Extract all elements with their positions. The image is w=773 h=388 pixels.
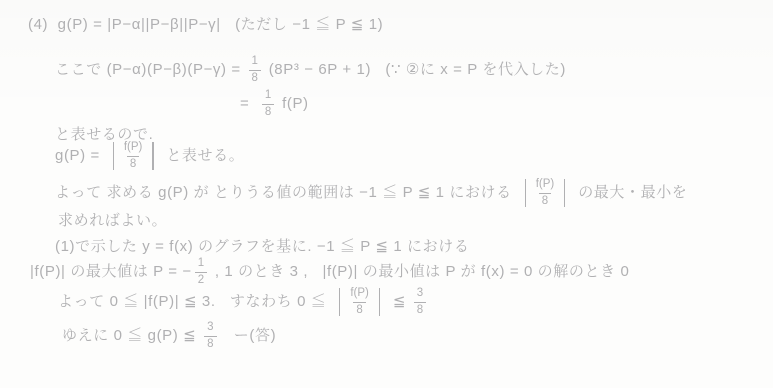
absolute-value-expression: f(P)8 bbox=[335, 288, 384, 316]
fraction-denominator: 8 bbox=[414, 302, 426, 317]
fraction-denominator: 8 bbox=[249, 70, 261, 85]
fraction-numerator: 1 bbox=[262, 90, 274, 104]
fraction-denominator: 8 bbox=[204, 336, 216, 351]
fraction: f(P)8 bbox=[121, 142, 146, 170]
line-11-answer: ゆえに 0 ≦ g(P) ≦ 38 ー(答) bbox=[62, 322, 276, 350]
line-6-range: よって 求める g(P) が とりうる値の範囲は −1 ≦ P ≦ 1 における… bbox=[55, 179, 687, 207]
handwritten-text: の最大・最小を bbox=[573, 184, 687, 202]
line-10-inequality: よって 0 ≦ |f(P)| ≦ 3. すなわち 0 ≦ f(P)8 ≦ 38 bbox=[58, 288, 429, 316]
fraction-denominator: 8 bbox=[127, 156, 139, 171]
handwritten-text: (1)で示した y = f(x) のグラフを基に. −1 ≦ P ≦ 1 におけ… bbox=[55, 238, 469, 256]
handwritten-text: |f(P)| の最大値は P = − bbox=[30, 263, 192, 281]
fraction-denominator: 8 bbox=[262, 104, 274, 119]
fraction: 18 bbox=[249, 56, 261, 84]
line-3-equals-f: = 18 f(P) bbox=[240, 90, 309, 118]
absolute-value-expression: f(P)8 bbox=[109, 142, 158, 170]
handwritten-text: よって 求める g(P) が とりうる値の範囲は −1 ≦ P ≦ 1 における bbox=[55, 184, 517, 202]
handwritten-text: g(P) = bbox=[55, 147, 105, 165]
fraction: f(P)8 bbox=[347, 288, 372, 316]
handwritten-text: (8P³ − 6P + 1) (∵ ②に x = P を代入した) bbox=[264, 61, 566, 79]
handwritten-text: f(P) bbox=[277, 95, 308, 113]
line-5-gp-abs: g(P) = f(P)8 と表せる。 bbox=[55, 142, 244, 170]
fraction-numerator: f(P) bbox=[533, 179, 558, 193]
handwritten-text: ゆえに 0 ≦ g(P) ≦ bbox=[62, 327, 201, 345]
fraction-numerator: f(P) bbox=[121, 142, 146, 156]
fraction-numerator: 1 bbox=[195, 258, 207, 272]
fraction: 18 bbox=[262, 90, 274, 118]
handwritten-text: (4) g(P) = |P−α||P−β||P−γ| (ただし −1 ≦ P ≦… bbox=[28, 16, 383, 34]
fraction: 38 bbox=[414, 288, 426, 316]
line-9-max-min: |f(P)| の最大値は P = −12 , 1 のとき 3 , |f(P)| … bbox=[30, 258, 629, 286]
abs-bar-left bbox=[113, 142, 114, 170]
abs-bar-right bbox=[564, 179, 565, 207]
line-7-suffices: 求めればよい。 bbox=[58, 212, 167, 230]
fraction-numerator: 3 bbox=[414, 288, 426, 302]
handwritten-text: , 1 のとき 3 , |f(P)| の最小値は P が f(x) = 0 の解… bbox=[210, 263, 629, 281]
abs-bar-right bbox=[379, 288, 380, 316]
handwritten-text: 求めればよい。 bbox=[58, 212, 167, 230]
handwritten-text: = bbox=[240, 95, 259, 113]
fraction: 12 bbox=[195, 258, 207, 286]
fraction-numerator: 3 bbox=[204, 322, 216, 336]
fraction: 38 bbox=[204, 322, 216, 350]
handwritten-text: と表せる。 bbox=[162, 147, 245, 165]
handwritten-text: ー(答) bbox=[220, 327, 277, 345]
fraction-denominator: 8 bbox=[539, 193, 551, 208]
abs-bar-left bbox=[339, 288, 340, 316]
fraction-numerator: 1 bbox=[249, 56, 261, 70]
fraction: f(P)8 bbox=[533, 179, 558, 207]
absolute-value-expression: f(P)8 bbox=[521, 179, 570, 207]
fraction-denominator: 2 bbox=[195, 272, 207, 287]
handwritten-text: ≦ bbox=[388, 293, 411, 311]
line-8-graph: (1)で示した y = f(x) のグラフを基に. −1 ≦ P ≦ 1 におけ… bbox=[55, 238, 469, 256]
abs-bar-left bbox=[525, 179, 526, 207]
fraction-denominator: 8 bbox=[353, 302, 365, 317]
fraction-numerator: f(P) bbox=[347, 288, 372, 302]
worksheet-page: (4) g(P) = |P−α||P−β||P−γ| (ただし −1 ≦ P ≦… bbox=[0, 0, 773, 388]
line-2-expansion: ここで (P−α)(P−β)(P−γ) = 18 (8P³ − 6P + 1) … bbox=[55, 56, 566, 84]
handwritten-text: ここで (P−α)(P−β)(P−γ) = bbox=[55, 61, 246, 79]
abs-bar-right bbox=[152, 142, 153, 170]
handwritten-text: よって 0 ≦ |f(P)| ≦ 3. すなわち 0 ≦ bbox=[58, 293, 331, 311]
line-1-problem: (4) g(P) = |P−α||P−β||P−γ| (ただし −1 ≦ P ≦… bbox=[28, 16, 383, 34]
